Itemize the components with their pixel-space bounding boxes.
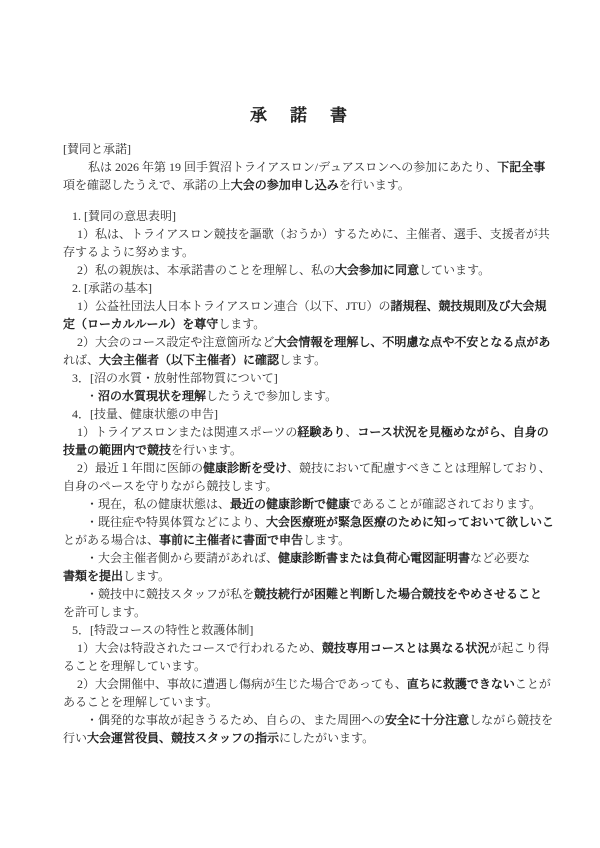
text-line: ることを理解しています。 [63,657,564,675]
text-line: とがある場合は、事前に主催者に書面で申告します。 [63,531,564,549]
text-line: 1）公益社団法人日本トライアスロン連合（以下、JTU）の諸規程、競技規則及び大会… [63,297,564,315]
text-line: ・偶発的な事故が起きうるため、自らの、また周囲への安全に十分注意しながら競技を [63,711,564,729]
document-page: 承 諾 書 [賛同と承諾]私は 2026 年第 19 回手賀沼トライアスロン/デ… [0,0,600,848]
text-line: 2）私の親族は、本承諾書のことを理解し、私の大会参加に同意しています。 [63,261,564,279]
text-line: 自身のペースを守りながら競技します。 [63,477,564,495]
text-line: 私は 2026 年第 19 回手賀沼トライアスロン/デュアスロンへの参加にあたり… [63,158,564,176]
text-line: 存するように努めます。 [63,243,564,261]
text-line: [賛同と承諾] [63,140,564,158]
text-line: を許可します。 [63,603,564,621]
text-line: ・現在，私の健康状態は、最近の健康診断で健康であることが確認されております。 [63,495,564,513]
text-line: 書類を提出します。 [63,567,564,585]
text-line: ・既往症や特異体質などにより、大会医療班が緊急医療のために知っておいて欲しいこ [63,513,564,531]
text-line: 1）トライアスロンまたは関連スポーツの経験あり、コース状況を見極めながら、自身の [63,423,564,441]
document-title: 承 諾 書 [0,0,600,128]
text-line: 2. [承諾の基本] [63,279,564,297]
text-line: 1）大会は特設されたコースで行われるため、競技専用コースとは異なる状況が起こり得 [63,639,564,657]
text-line: れば、大会主催者（以下主催者）に確認します。 [63,351,564,369]
text-line: 行い大会運営役員、競技スタッフの指示にしたがいます。 [63,729,564,747]
text-line: 5．[特設コースの特性と救護体制] [63,621,564,639]
text-line: 2）大会のコース設定や注意箇所など大会情報を理解し、不明慮な点や不安となる点があ [63,333,564,351]
text-line: 2）大会開催中、事故に遭遇し傷病が生じた場合であっても、直ちに救護できないことが [63,675,564,693]
text-line: 1. [賛同の意思表明] [63,207,564,225]
text-line: 技量の範囲内で競技を行います。 [63,441,564,459]
text-line: ・競技中に競技スタッフが私を競技続行が困難と判断した場合競技をやめさせること [63,585,564,603]
text-line: ・沼の水質現状を理解したうえで参加します。 [63,387,564,405]
text-line: 1）私は、トライアスロン競技を謳歌（おうか）するために、主催者、選手、支援者が共 [63,225,564,243]
text-line: 項を確認したうえで、承諾の上大会の参加申し込みを行います。 [63,176,564,194]
document-body: [賛同と承諾]私は 2026 年第 19 回手賀沼トライアスロン/デュアスロンへ… [0,140,600,747]
text-line: 2）最近１年間に医師の健康診断を受け、競技において配慮すべきことは理解しており、 [63,459,564,477]
text-line: あることを理解しています。 [63,693,564,711]
text-line: ・大会主催者側から要請があれば、健康診断書または負荷心電図証明書など必要な [63,549,564,567]
text-line: 4．[技量、健康状態の申告] [63,405,564,423]
text-line: 3．[沼の水質・放射性部物質について] [63,369,564,387]
text-line: 定（ローカルルール）を尊守します。 [63,315,564,333]
